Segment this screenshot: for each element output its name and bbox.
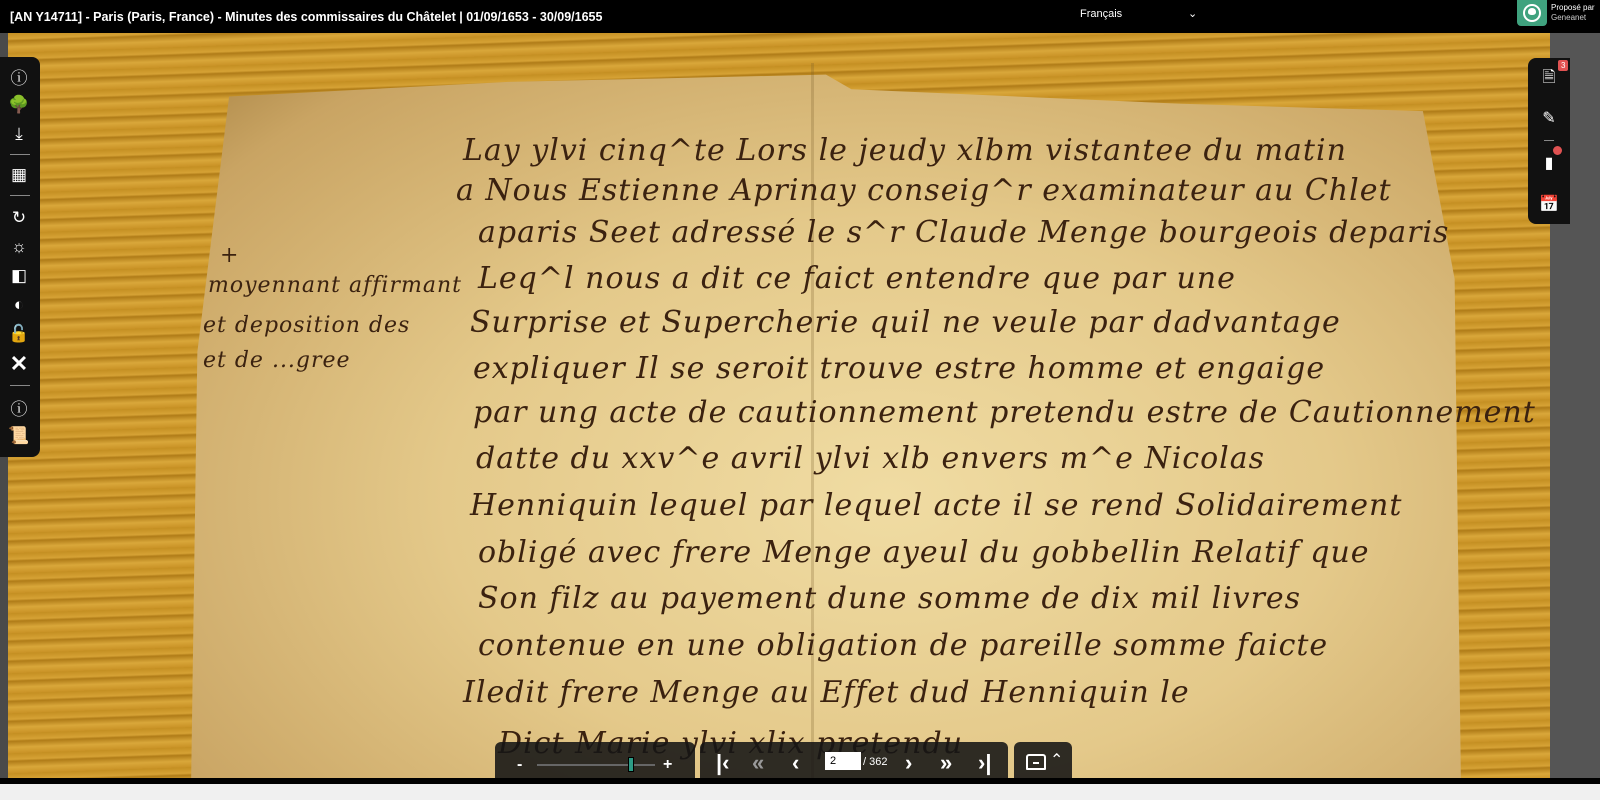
language-selected: Français bbox=[1080, 8, 1122, 20]
hand-line: aparis Seet adressé le s^r Claude Menge … bbox=[478, 215, 1449, 250]
brand-line2: Geneanet bbox=[1551, 13, 1595, 23]
lock-icon[interactable]: 🔓 bbox=[8, 323, 30, 345]
image-viewer[interactable]: Lay ylvi cinq^te Lors le jeudy xlbm vist… bbox=[0, 33, 1600, 778]
contrast-icon[interactable]: ◧ bbox=[8, 265, 30, 287]
brand-text: Proposé par Geneanet bbox=[1551, 3, 1595, 23]
notes-count-badge: 3 bbox=[1558, 60, 1568, 71]
hand-line: Henniquin lequel par lequel acte il se r… bbox=[470, 488, 1402, 523]
first-page-icon[interactable]: |‹ bbox=[716, 750, 729, 776]
grid-icon[interactable]: ▦ bbox=[8, 164, 30, 186]
zoom-out-button[interactable]: - bbox=[517, 756, 522, 774]
page-title: [AN Y14711] - Paris (Paris, France) - Mi… bbox=[10, 10, 602, 24]
brand-line1: Proposé par bbox=[1551, 3, 1595, 13]
horizontal-scrollbar[interactable] bbox=[0, 784, 1600, 800]
right-toolbar: 🗎3 ✎ ▮ 📅 bbox=[1528, 58, 1570, 224]
hand-line: par ung acte de cautionnement pretendu e… bbox=[473, 395, 1536, 430]
left-toolbar: ⓘ 🌳 ⤓ ▦ ↻ ☼ ◧ ◐ 🔓 ✕ ⓘ 📜 bbox=[0, 57, 40, 457]
download-icon[interactable]: ⤓ bbox=[8, 123, 30, 145]
zoom-slider-track[interactable] bbox=[537, 764, 655, 766]
zoom-control: - + bbox=[495, 742, 695, 782]
hand-line: Surprise et Supercherie quil ne veule pa… bbox=[470, 305, 1341, 340]
language-select[interactable]: Français ⌄ bbox=[1080, 8, 1200, 26]
margin-note: et de ...gree bbox=[203, 348, 351, 373]
chevron-up-icon: ⌃ bbox=[1050, 750, 1063, 770]
tree-logo-icon bbox=[1523, 4, 1541, 22]
toolbar-separator bbox=[10, 154, 30, 155]
notes-icon[interactable]: 🗎3 bbox=[1538, 68, 1560, 90]
toolbar-separator bbox=[10, 195, 30, 196]
page-number-input[interactable] bbox=[825, 752, 861, 770]
hand-line: contenue en une obligation de pareille s… bbox=[478, 628, 1328, 663]
archive-panel-toggle[interactable]: ⌃ bbox=[1014, 742, 1072, 782]
skip-forward-icon[interactable]: » bbox=[940, 750, 952, 776]
next-page-icon[interactable]: › bbox=[905, 750, 912, 776]
hand-line: a Nous Estienne Aprinay conseig^r examin… bbox=[456, 173, 1392, 208]
info-icon[interactable]: ⓘ bbox=[8, 65, 30, 87]
hand-line: expliquer Il se seroit trouve estre homm… bbox=[473, 351, 1325, 386]
scroll-icon[interactable]: 📜 bbox=[8, 425, 30, 447]
last-page-icon[interactable]: ›| bbox=[978, 750, 991, 776]
margin-note: et deposition des bbox=[203, 313, 410, 338]
brightness-icon[interactable]: ☼ bbox=[8, 236, 30, 258]
toolbar-separator bbox=[1544, 140, 1554, 141]
hand-line: Iledit frere Menge au Effet dud Henniqui… bbox=[463, 675, 1190, 710]
document-scan[interactable]: Lay ylvi cinq^te Lors le jeudy xlbm vist… bbox=[8, 33, 1550, 778]
chevron-down-icon: ⌄ bbox=[1188, 7, 1197, 20]
geneanet-logo[interactable] bbox=[1517, 0, 1547, 26]
margin-note: + bbox=[220, 243, 239, 268]
invert-icon[interactable]: ◐ bbox=[8, 294, 30, 316]
zoom-in-button[interactable]: + bbox=[663, 756, 672, 774]
hand-line: Son filz au payement dune somme de dix m… bbox=[478, 581, 1301, 616]
edit-note-icon[interactable]: ✎ bbox=[1538, 107, 1560, 129]
prev-page-icon[interactable]: ‹ bbox=[792, 750, 799, 776]
top-bar: [AN Y14711] - Paris (Paris, France) - Mi… bbox=[0, 0, 1600, 33]
toolbar-separator bbox=[10, 385, 30, 386]
margin-note: moyennant affirmant bbox=[208, 273, 462, 298]
hand-line: datte du xxv^e avril ylvi xlb envers m^e… bbox=[476, 441, 1265, 476]
rotate-icon[interactable]: ↻ bbox=[8, 207, 30, 229]
close-icon[interactable]: ✕ bbox=[8, 353, 30, 375]
zoom-slider-thumb[interactable] bbox=[628, 757, 634, 772]
tree-link-icon[interactable]: 🌳 bbox=[8, 94, 30, 116]
hand-line: obligé avec frere Menge ayeul du gobbell… bbox=[478, 535, 1370, 570]
bookmark-check-icon[interactable]: ▮ bbox=[1538, 152, 1560, 174]
calendar-icon[interactable]: 📅 bbox=[1538, 193, 1560, 215]
hand-line: Lay ylvi cinq^te Lors le jeudy xlbm vist… bbox=[463, 133, 1347, 168]
hand-line: Leq^l nous a dit ce faict entendre que p… bbox=[478, 261, 1236, 296]
check-badge-icon bbox=[1553, 146, 1562, 155]
skip-back-icon[interactable]: « bbox=[752, 750, 764, 776]
page-total: / 362 bbox=[863, 756, 887, 768]
help-icon[interactable]: ⓘ bbox=[8, 396, 30, 418]
pagination-bar: |‹ « ‹ / 362 › » ›| bbox=[700, 742, 1008, 782]
archive-box-icon bbox=[1026, 754, 1046, 770]
